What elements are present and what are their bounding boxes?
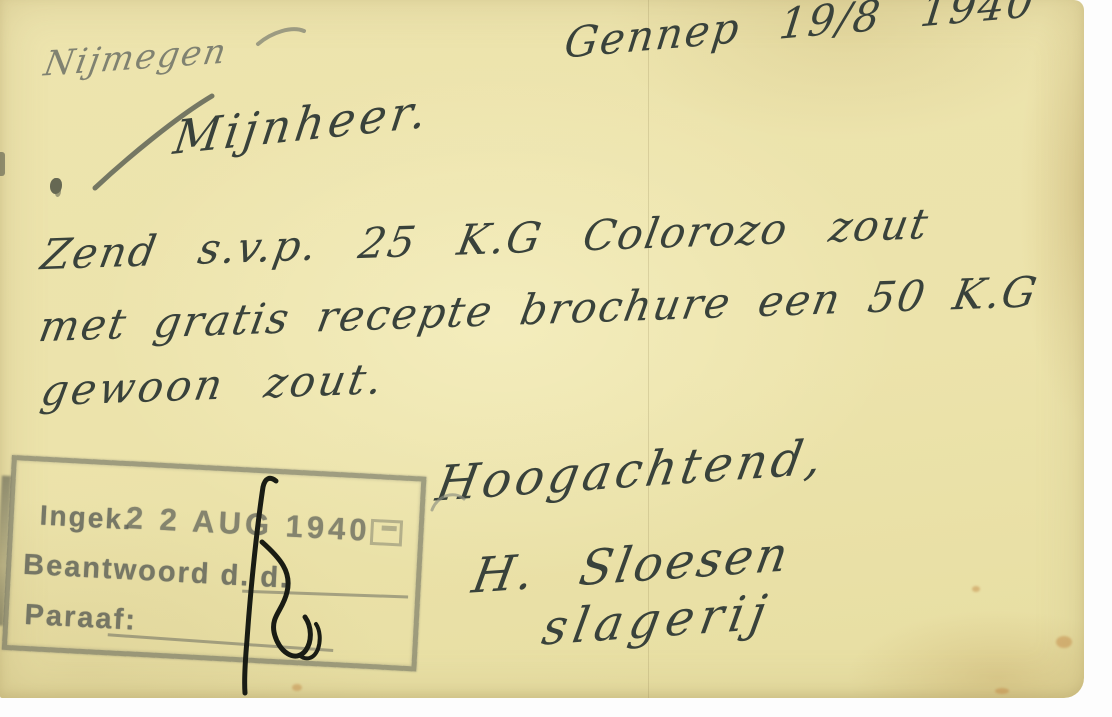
scanned-postcard: Nijmegen Gennep 19/8 1940 Mijnheer. Zend…	[0, 0, 1112, 717]
rust-spot	[292, 684, 302, 691]
rust-spot	[995, 688, 1009, 694]
rust-spot	[1056, 636, 1072, 648]
stamp-initials-line	[108, 633, 334, 652]
rust-spot	[972, 586, 980, 592]
stamp-received-label: Ingek.	[39, 500, 133, 537]
stamp-received-date: 2 2 AUG 1940	[125, 500, 372, 549]
stamp-ornament-icon	[370, 519, 403, 547]
edge-ink-mark	[0, 152, 5, 176]
stamp-initials-label: Paraaf:	[24, 599, 138, 638]
received-stamp-box: Ingek. 2 2 AUG 1940 Beantwoord d. d. Par…	[2, 455, 427, 671]
stamp-answered-label: Beantwoord d. d.	[22, 549, 291, 596]
